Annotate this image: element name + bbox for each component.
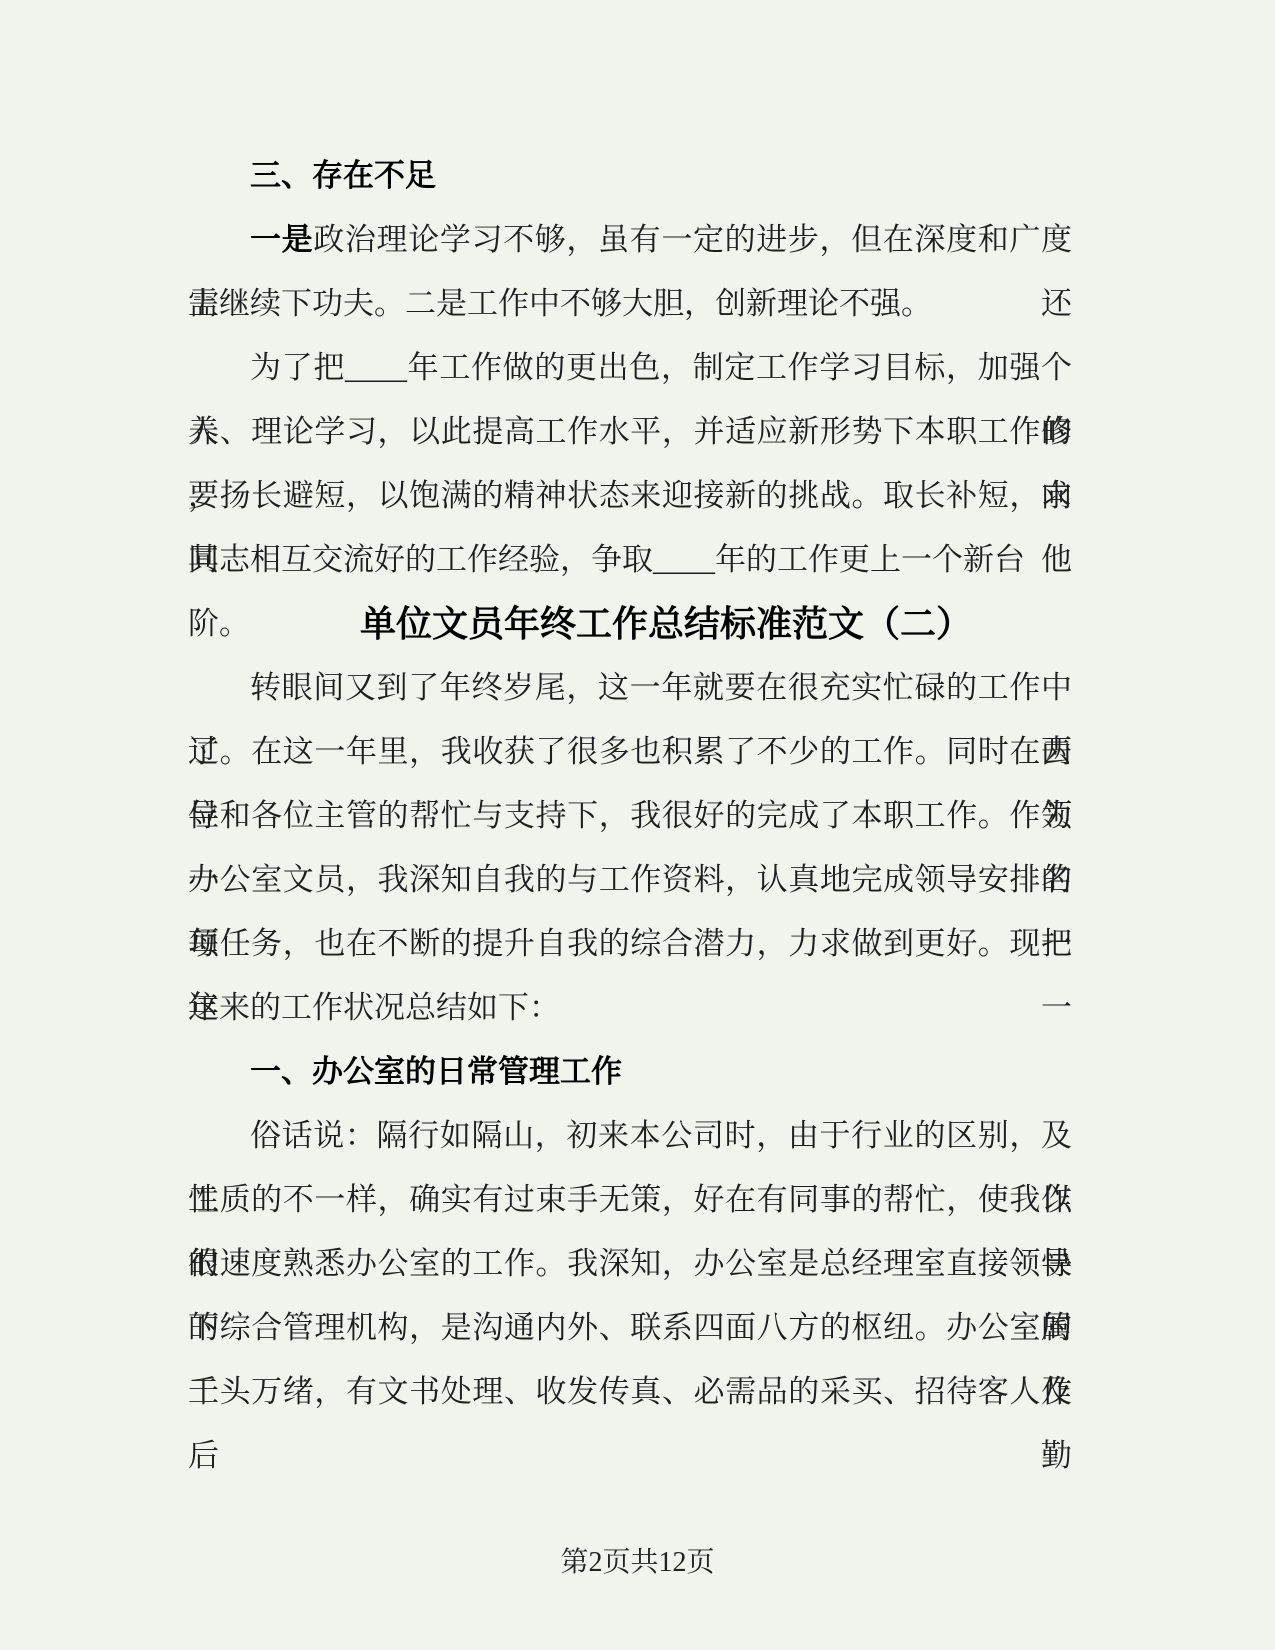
document-title-text: 单位文员年终工作总结标准范文（二） <box>360 604 972 644</box>
section-heading-3: 三、存在不足 <box>188 144 1072 208</box>
text-line: 养、理论学习，以此提高工作水平，并适应新形势下本职工作的要求 <box>188 400 1072 464</box>
document-page: 三、存在不足 一是政治理论学习不够，虽有一定的进步，但在深度和广度上还 需继续下… <box>188 144 1072 1424</box>
text-line: 同志相互交流好的工作经验，争取____年的工作更上一个新台阶。 <box>188 528 1072 592</box>
text-line: 的速度熟悉办公室的工作。我深知，办公室是总经理室直接领导下属 <box>188 1232 1072 1296</box>
text-line: 了。在这一年里，我收获了很多也积累了不少的工作。同时在两位领 <box>188 720 1072 784</box>
text-line-content: 千头万绪，有文书处理、收发传真、必需品的采买、招待客人及后勤 <box>188 1374 1072 1473</box>
text-line: ，扬长避短，以饱满的精神状态来迎接新的挑战。取长补短，向其他 <box>188 464 1072 528</box>
text-line: 办公室文员，我深知自我的与工作资料，认真地完成领导安排的每一 <box>188 848 1072 912</box>
document-title: 单位文员年终工作总结标准范文（二） <box>188 592 1072 656</box>
text-line-content: 年来的工作状况总结如下： <box>188 990 560 1025</box>
text-line: 为了把____年工作做的更出色，制定工作学习目标，加强个人修 <box>188 336 1072 400</box>
text-line: 性质的不一样，确实有过束手无策，好在有同事的帮忙，使我以很快 <box>188 1168 1072 1232</box>
text-line: 俗话说：隔行如隔山，初来本公司时，由于行业的区别，及工作 <box>188 1104 1072 1168</box>
page-number-text: 第2页共12页 <box>560 1547 714 1578</box>
bold-run: 一是 <box>250 222 313 257</box>
text-line: 项任务，也在不断的提升自我的综合潜力，力求做到更好。现把这一 <box>188 912 1072 976</box>
section-heading-text: 三、存在不足 <box>250 158 436 193</box>
text-line: 千头万绪，有文书处理、收发传真、必需品的采买、招待客人及后勤 <box>188 1360 1072 1424</box>
text-line: 一是政治理论学习不够，虽有一定的进步，但在深度和广度上还 <box>188 208 1072 272</box>
page-number: 第2页共12页 <box>0 1540 1275 1580</box>
text-line: 的综合管理机构，是沟通内外、联系四面八方的枢纽。办公室的工作 <box>188 1296 1072 1360</box>
section-heading-text: 一、办公室的日常管理工作 <box>250 1054 622 1089</box>
text-line-content: 需继续下功夫。二是工作中不够大胆，创新理论不强。 <box>188 286 932 321</box>
text-line: 导和各位主管的帮忙与支持下，我很好的完成了本职工作。作为一名 <box>188 784 1072 848</box>
section-heading-1: 一、办公室的日常管理工作 <box>188 1040 1072 1104</box>
text-line: 转眼间又到了年终岁尾，这一年就要在很充实忙碌的工作中过去 <box>188 656 1072 720</box>
